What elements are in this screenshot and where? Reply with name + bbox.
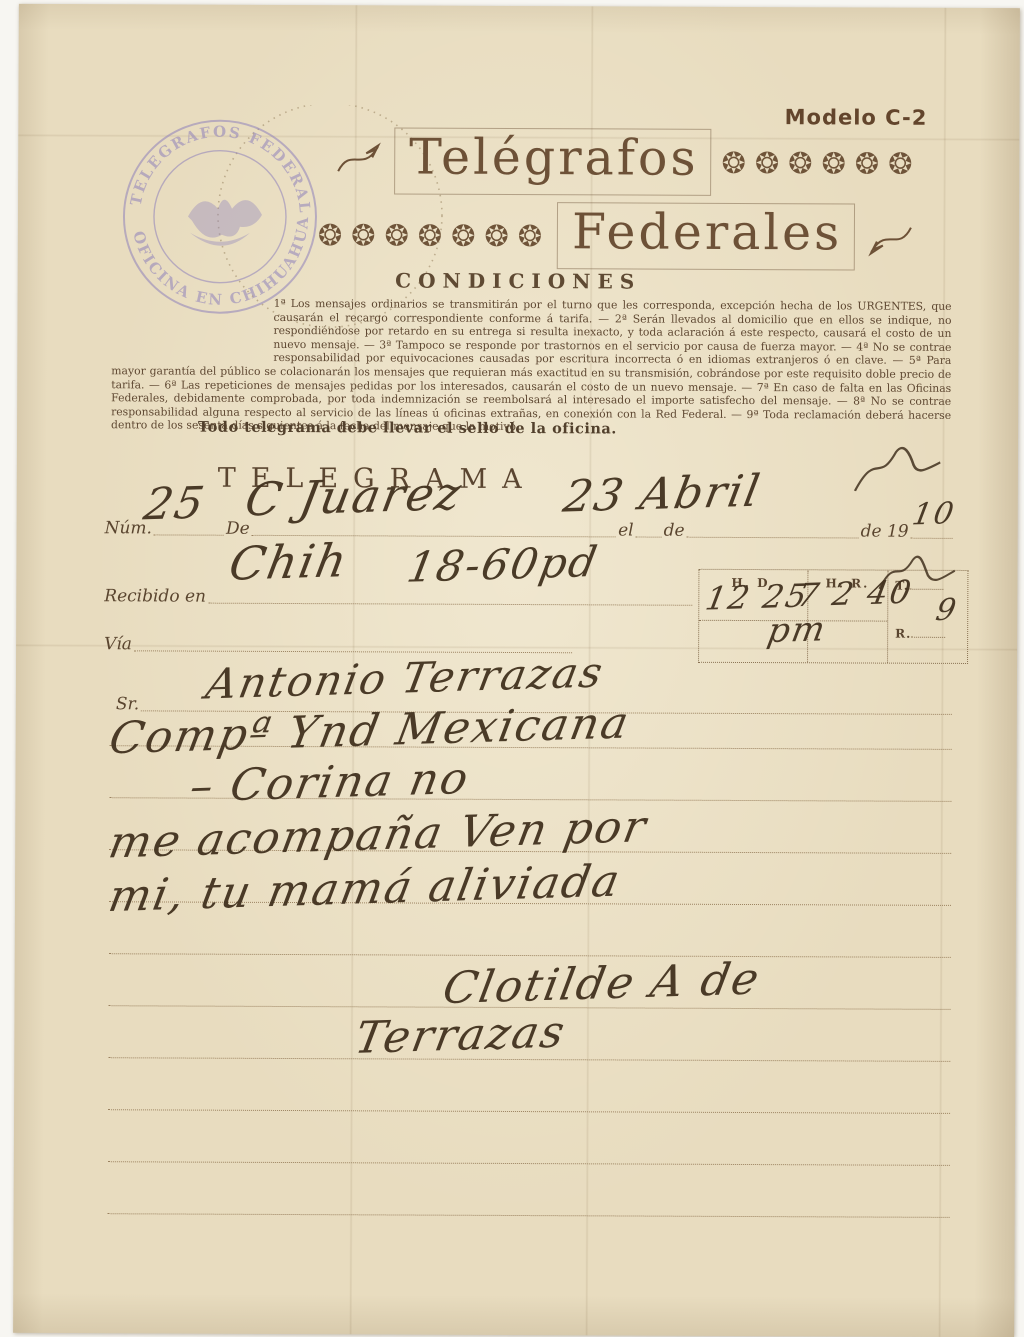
rubric-squiggle <box>874 549 963 597</box>
conditions-text: 1ª Los mensajes ordinarios se transmitir… <box>111 296 952 436</box>
sun-ornament-icon: ❂ <box>888 146 921 180</box>
stamp-arc-top-text: TELEGRAFOS FEDERALES, <box>69 104 314 215</box>
hw-received-at: Chih <box>226 537 352 587</box>
hw-word-count: 18-60pd <box>404 541 602 589</box>
sun-ornament-icon: ❂ <box>855 146 888 180</box>
hw-signature-line-2: Terrazas <box>352 1011 570 1061</box>
sun-ornament-icon: ❂ <box>518 219 551 253</box>
ruled-line <box>108 1109 950 1114</box>
sun-ornament-icon: ❂ <box>721 145 754 179</box>
flourish-left-icon <box>336 141 394 181</box>
hw-addressee: Antonio Terrazas <box>203 652 608 706</box>
hw-company: Compª Ynd Mexicana <box>106 702 633 762</box>
sr-label: Sr. <box>114 694 141 714</box>
sun-ornament-icon: ❂ <box>484 218 517 252</box>
sun-ornament-icon: ❂ <box>384 218 417 252</box>
sun-ornament-icon: ❂ <box>821 146 854 180</box>
sun-ornament-icon: ❂ <box>351 218 384 252</box>
hw-signature-line-1: Clotilde A de <box>440 958 764 1012</box>
scanned-telegram-page: TELEGRAFOS FEDERALES, OFICINA EN CHIHUAH… <box>0 0 1024 1337</box>
form-line-number-origin-date: Núm. De el de de 19 <box>103 512 953 542</box>
model-label: Modelo C-2 <box>785 105 928 130</box>
hw-message-line-1: – Corina no <box>187 757 474 809</box>
de19-label: de 19 <box>859 521 911 541</box>
sun-ornament-icon: ❂ <box>755 146 788 180</box>
de2-label: de <box>662 521 687 541</box>
recibido-label: Recibido en <box>102 586 208 606</box>
flourish-right-icon <box>855 217 913 257</box>
hw-date: 23 Abril <box>560 470 764 520</box>
ruled-line <box>108 1161 950 1166</box>
title-word-telegrafos: Telégrafos <box>394 127 712 195</box>
fold-crease-vertical <box>938 8 947 1337</box>
num-field <box>154 533 224 535</box>
hw-message-line-3: mi, tu mamá aliviada <box>105 860 624 919</box>
sun-ornament-icon: ❂ <box>451 218 484 252</box>
hw-telegram-number: 25 <box>141 482 209 528</box>
telegram-form-paper: TELEGRAFOS FEDERALES, OFICINA EN CHIHUAH… <box>13 4 1020 1337</box>
year-field <box>911 537 953 539</box>
stamp-clearance-gap <box>111 296 273 352</box>
ruled-line <box>109 953 951 958</box>
sun-ornament-icon: ❂ <box>418 218 451 252</box>
seal-notice: Todo telegrama debe llevar el sello de l… <box>17 418 798 438</box>
r-label: R. <box>895 627 945 641</box>
hw-meridiem: pm <box>765 612 830 648</box>
title-word-federales: Federales <box>557 202 855 270</box>
hw-origin-city: C Juarez <box>242 470 467 522</box>
day-field <box>636 536 662 538</box>
eagle-emblem <box>188 200 262 246</box>
received-field <box>208 602 692 606</box>
conditions-heading: CONDICIONES <box>18 267 1019 295</box>
month-field <box>687 536 859 539</box>
rubric-squiggle <box>849 438 951 501</box>
svg-text:TELEGRAFOS FEDERALES,: TELEGRAFOS FEDERALES, <box>69 104 314 215</box>
hw-year: 10 <box>910 499 958 530</box>
via-label: Vía <box>102 634 134 654</box>
sun-ornament-icon: ❂ <box>318 218 351 252</box>
sun-ornament-icon: ❂ <box>788 146 821 180</box>
masthead-row-2: ❂❂❂❂❂❂❂ Federales <box>318 201 914 271</box>
form-line-received: Recibido en <box>102 580 692 609</box>
el-label: el <box>616 520 636 540</box>
ruled-line <box>108 1213 950 1218</box>
masthead-row-1: Telégrafos ❂❂❂❂❂❂ <box>336 127 922 197</box>
